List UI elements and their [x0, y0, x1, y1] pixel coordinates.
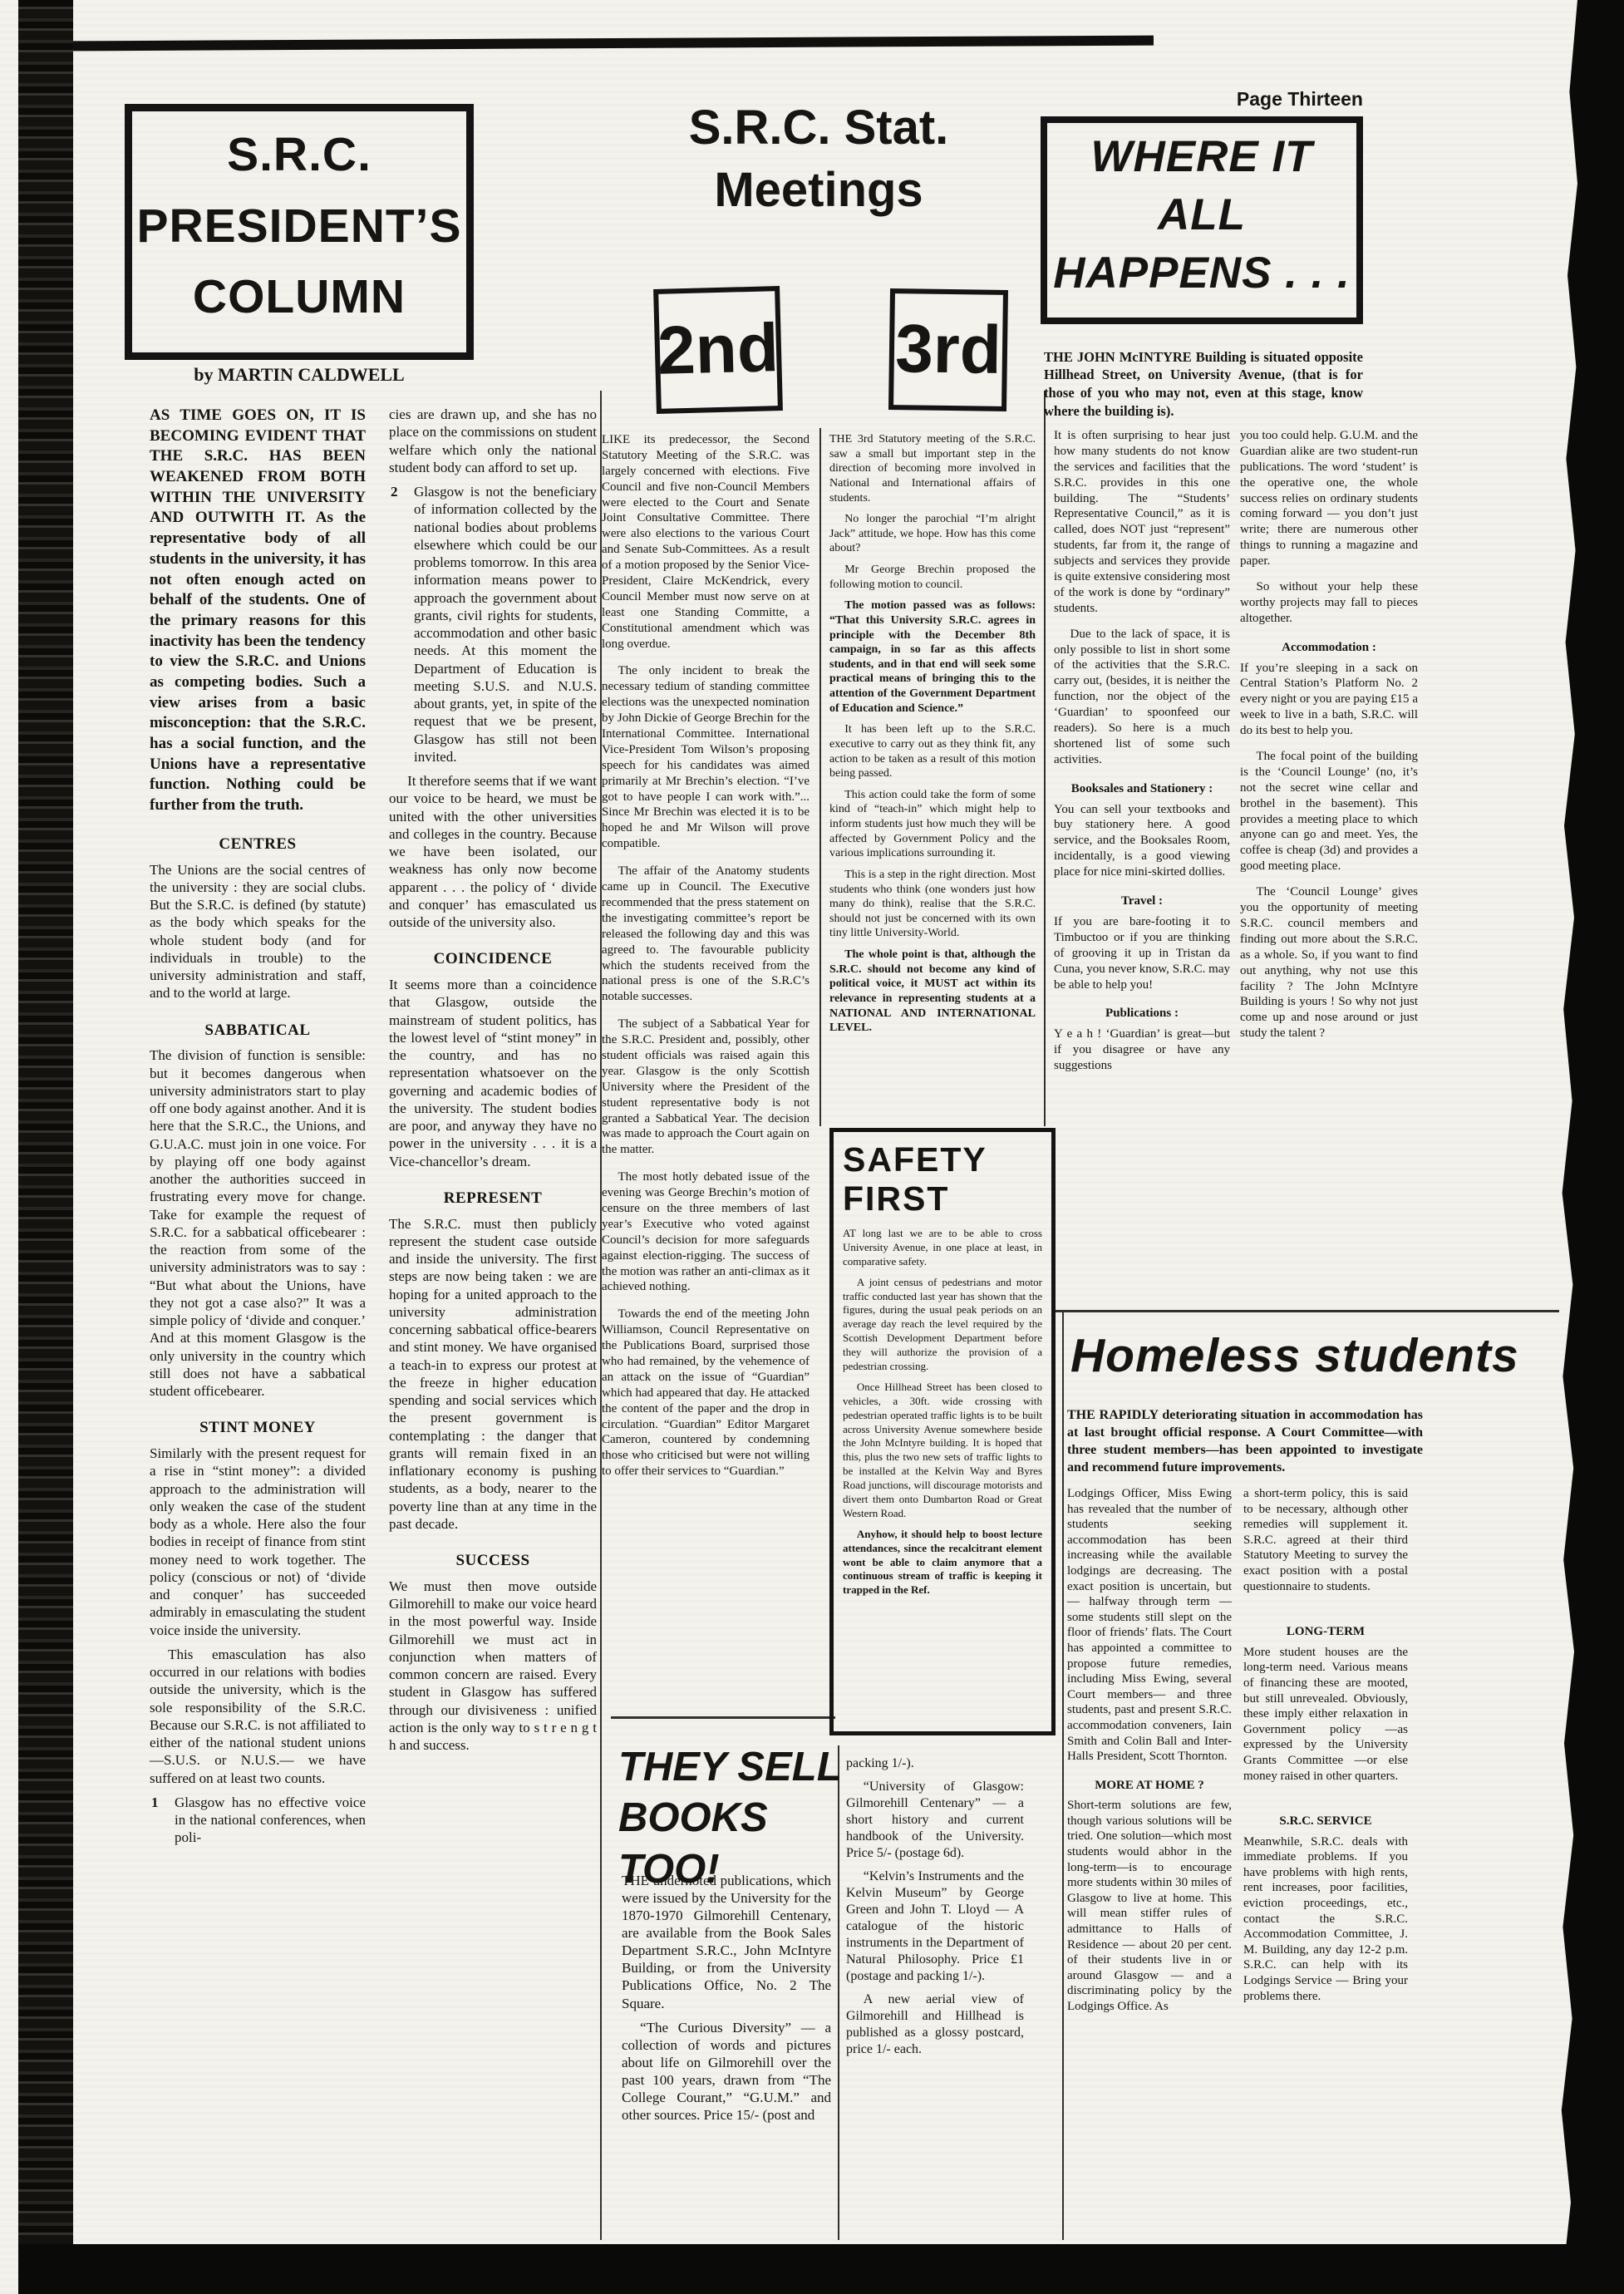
title-line: THEY SELL — [618, 1742, 868, 1793]
intro-paragraph: THE JOHN McINTYRE Building is situated o… — [1044, 348, 1363, 421]
emphasis-paragraph: Anyhow, it should help to boost lecture … — [843, 1528, 1042, 1597]
paragraph: Due to the lack of space, it is only pos… — [1054, 627, 1230, 768]
paragraph: The affair of the Anatomy students came … — [602, 864, 810, 1005]
paragraph: packing 1/-). — [846, 1755, 1024, 1772]
paragraph: We must then move outside Gilmorehill to… — [389, 1578, 597, 1755]
sub-heading: S.R.C. SERVICE — [1243, 1814, 1408, 1829]
section-rule-homeless — [1056, 1310, 1559, 1312]
newspaper-page: Page Thirteen S.R.C. PRESIDENT’S COLUMN … — [0, 0, 1624, 2294]
item-text: Glasgow has no effective voice in the na… — [175, 1794, 366, 1846]
paragraph: It seems more than a coincidence that Gl… — [389, 976, 597, 1170]
item-number: 2 — [391, 483, 398, 500]
column-rule — [1062, 1310, 1064, 2240]
paragraph: A joint census of pedestrians and motor … — [843, 1276, 1042, 1374]
article-safety-first: SAFETY FIRST AT long last we are to be a… — [829, 1128, 1056, 1735]
page-number: Page Thirteen — [1164, 88, 1363, 111]
paragraph: This emasculation has also occurred in o… — [150, 1646, 366, 1787]
presidents-column-col2: cies are drawn up, and she has no place … — [389, 406, 597, 1760]
section-heading: SABBATICAL — [150, 1021, 366, 1041]
paragraph: Mr George Brechin proposed the following… — [829, 563, 1036, 592]
paragraph: Once Hillhead Street has been closed to … — [843, 1381, 1042, 1521]
books-col2: packing 1/-). “University of Glasgow: Gi… — [846, 1755, 1024, 2065]
paragraph: You can sell your textbooks and buy stat… — [1054, 802, 1230, 880]
paragraph: THE 3rd Statutory meeting of the S.R.C. … — [829, 432, 1036, 505]
stat-meetings-col2: THE 3rd Statutory meeting of the S.R.C. … — [829, 432, 1036, 1042]
section-heading: REPRESENT — [389, 1189, 597, 1209]
byline: by MARTIN CALDWELL — [125, 364, 474, 386]
emphasis-paragraph: The whole point is that, although the S.… — [829, 948, 1036, 1036]
numbered-item: 2 Glasgow is not the beneficiary of info… — [389, 483, 597, 765]
paragraph: THE undernoted publications, which were … — [622, 1872, 831, 2012]
paragraph: It has been left up to the S.R.C. execut… — [829, 722, 1036, 781]
title-line: S.R.C. — [135, 120, 463, 191]
lead-paragraph: AS TIME GOES ON, IT IS BECOMING EVIDENT … — [150, 406, 366, 816]
section-heading: SUCCESS — [389, 1551, 597, 1571]
column-rule — [1044, 391, 1046, 1126]
sub-heading: Accommodation : — [1240, 640, 1418, 656]
scan-edge-bottom — [18, 2244, 1624, 2294]
paragraph: The S.R.C. must then publicly represent … — [389, 1215, 597, 1533]
article-title: SAFETY FIRST — [843, 1140, 1042, 1218]
where-col2: you too could help. G.U.M. and the Guard… — [1240, 428, 1418, 1048]
paragraph: “Kelvin’s Instruments and the Kelvin Mus… — [846, 1868, 1024, 1985]
paragraph: “University of Glasgow: Gilmorehill Cent… — [846, 1779, 1024, 1862]
paragraph: If you are bare-footing it to Timbuctoo … — [1054, 914, 1230, 992]
paragraph: The Unions are the social centres of the… — [150, 861, 366, 1002]
numbered-item: 1 Glasgow has no effective voice in the … — [150, 1794, 366, 1847]
paragraph: LIKE its predecessor, the Second Statuto… — [602, 432, 810, 652]
paragraph: The only incident to break the necessary… — [602, 663, 810, 852]
paragraph: This action could take the form of some … — [829, 788, 1036, 861]
section-heading: CENTRES — [150, 834, 366, 854]
intro-paragraph: THE RAPIDLY deteriorating situation in a… — [1067, 1406, 1423, 1476]
paragraph: Similarly with the present request for a… — [150, 1445, 366, 1639]
paragraph: A new aerial view of Gilmorehill and Hil… — [846, 1991, 1024, 2058]
article-title: S.R.C. Stat. Meetings — [602, 96, 1036, 222]
paragraph: So without your help these worthy projec… — [1240, 579, 1418, 627]
title-line: COLUMN — [135, 262, 463, 333]
presidents-column-col1: AS TIME GOES ON, IT IS BECOMING EVIDENT … — [150, 406, 366, 1853]
paragraph: Y e a h ! ‘Guardian’ is great—but if you… — [1054, 1026, 1230, 1074]
paragraph: cies are drawn up, and she has no place … — [389, 406, 597, 476]
paragraph: More student houses are the long-term ne… — [1243, 1645, 1408, 1784]
title-line: S.R.C. Stat. — [602, 96, 1036, 159]
paragraph: The division of function is sensible: bu… — [150, 1046, 366, 1400]
presidents-column-headline-box: S.R.C. PRESIDENT’S COLUMN — [125, 104, 474, 360]
sub-heading: MORE AT HOME ? — [1067, 1778, 1232, 1794]
paragraph: No longer the parochial “I’m alright Jac… — [829, 512, 1036, 556]
scan-edge-left — [18, 0, 73, 2294]
paragraph: If you’re sleeping in a sack on Central … — [1240, 661, 1418, 739]
paragraph: It is often surprising to hear just how … — [1054, 428, 1230, 617]
homeless-col2: a short-term policy, this is said to be … — [1243, 1486, 1408, 2011]
motion-paragraph: The motion passed was as follows: “That … — [829, 598, 1036, 716]
where-col1: It is often surprising to hear just how … — [1054, 428, 1230, 1081]
where-headline-box: WHERE IT ALL HAPPENS . . . — [1041, 116, 1363, 324]
paragraph: you too could help. G.U.M. and the Guard… — [1240, 428, 1418, 569]
section-heading: COINCIDENCE — [389, 949, 597, 969]
section-rule-books — [611, 1716, 835, 1719]
paragraph: This is a step in the right direction. M… — [829, 868, 1036, 941]
title-line: HAPPENS . . . — [1047, 244, 1356, 303]
paragraph: Short-term solutions are few, though var… — [1067, 1798, 1232, 2014]
paragraph: The most hotly debated issue of the even… — [602, 1169, 810, 1295]
paragraph: The subject of a Sabbatical Year for the… — [602, 1017, 810, 1158]
section-heading: STINT MONEY — [150, 1418, 366, 1438]
title-line: ALL — [1047, 186, 1356, 244]
badge-3rd: 3rd — [888, 288, 1008, 411]
paragraph: Meanwhile, S.R.C. deals with immediate p… — [1243, 1834, 1408, 2005]
paragraph: “The Curious Diversity” — a collection o… — [622, 2019, 831, 2124]
title-line: PRESIDENT’S — [135, 191, 463, 263]
article-title: WHERE IT ALL HAPPENS . . . — [1047, 128, 1356, 303]
paragraph: It therefore seems that if we want our v… — [389, 772, 597, 931]
sub-heading: LONG-TERM — [1243, 1624, 1408, 1640]
paragraph: The focal point of the building is the ‘… — [1240, 749, 1418, 874]
safety-first-text: AT long last we are to be able to cross … — [843, 1227, 1042, 1597]
article-title: Homeless students — [1070, 1328, 1562, 1383]
paragraph: The ‘Council Lounge’ gives you the oppor… — [1240, 884, 1418, 1041]
paragraph: a short-term policy, this is said to be … — [1243, 1486, 1408, 1594]
sub-heading: Publications : — [1054, 1006, 1230, 1021]
books-col1: THE undernoted publications, which were … — [622, 1872, 831, 2130]
paragraph: AT long last we are to be able to cross … — [843, 1227, 1042, 1269]
column-rule — [819, 428, 821, 1126]
item-text: Glasgow is not the beneficiary of inform… — [414, 484, 597, 765]
scan-edge-right — [1558, 0, 1624, 2294]
paragraph: Towards the end of the meeting John Will… — [602, 1307, 810, 1479]
scan-edge-top-rule — [73, 36, 1154, 52]
paragraph: Lodgings Officer, Miss Ewing has reveale… — [1067, 1486, 1232, 1765]
item-number: 1 — [151, 1794, 159, 1811]
sub-heading: Booksales and Stationery : — [1054, 781, 1230, 797]
article-title: S.R.C. PRESIDENT’S COLUMN — [135, 120, 463, 333]
badge-2nd: 2nd — [653, 286, 783, 414]
stat-meetings-col1: LIKE its predecessor, the Second Statuto… — [602, 432, 810, 1486]
homeless-col1: Lodgings Officer, Miss Ewing has reveale… — [1067, 1486, 1232, 2021]
sub-heading: Travel : — [1054, 893, 1230, 909]
title-line: Meetings — [602, 159, 1036, 221]
title-line: WHERE IT — [1047, 128, 1356, 186]
